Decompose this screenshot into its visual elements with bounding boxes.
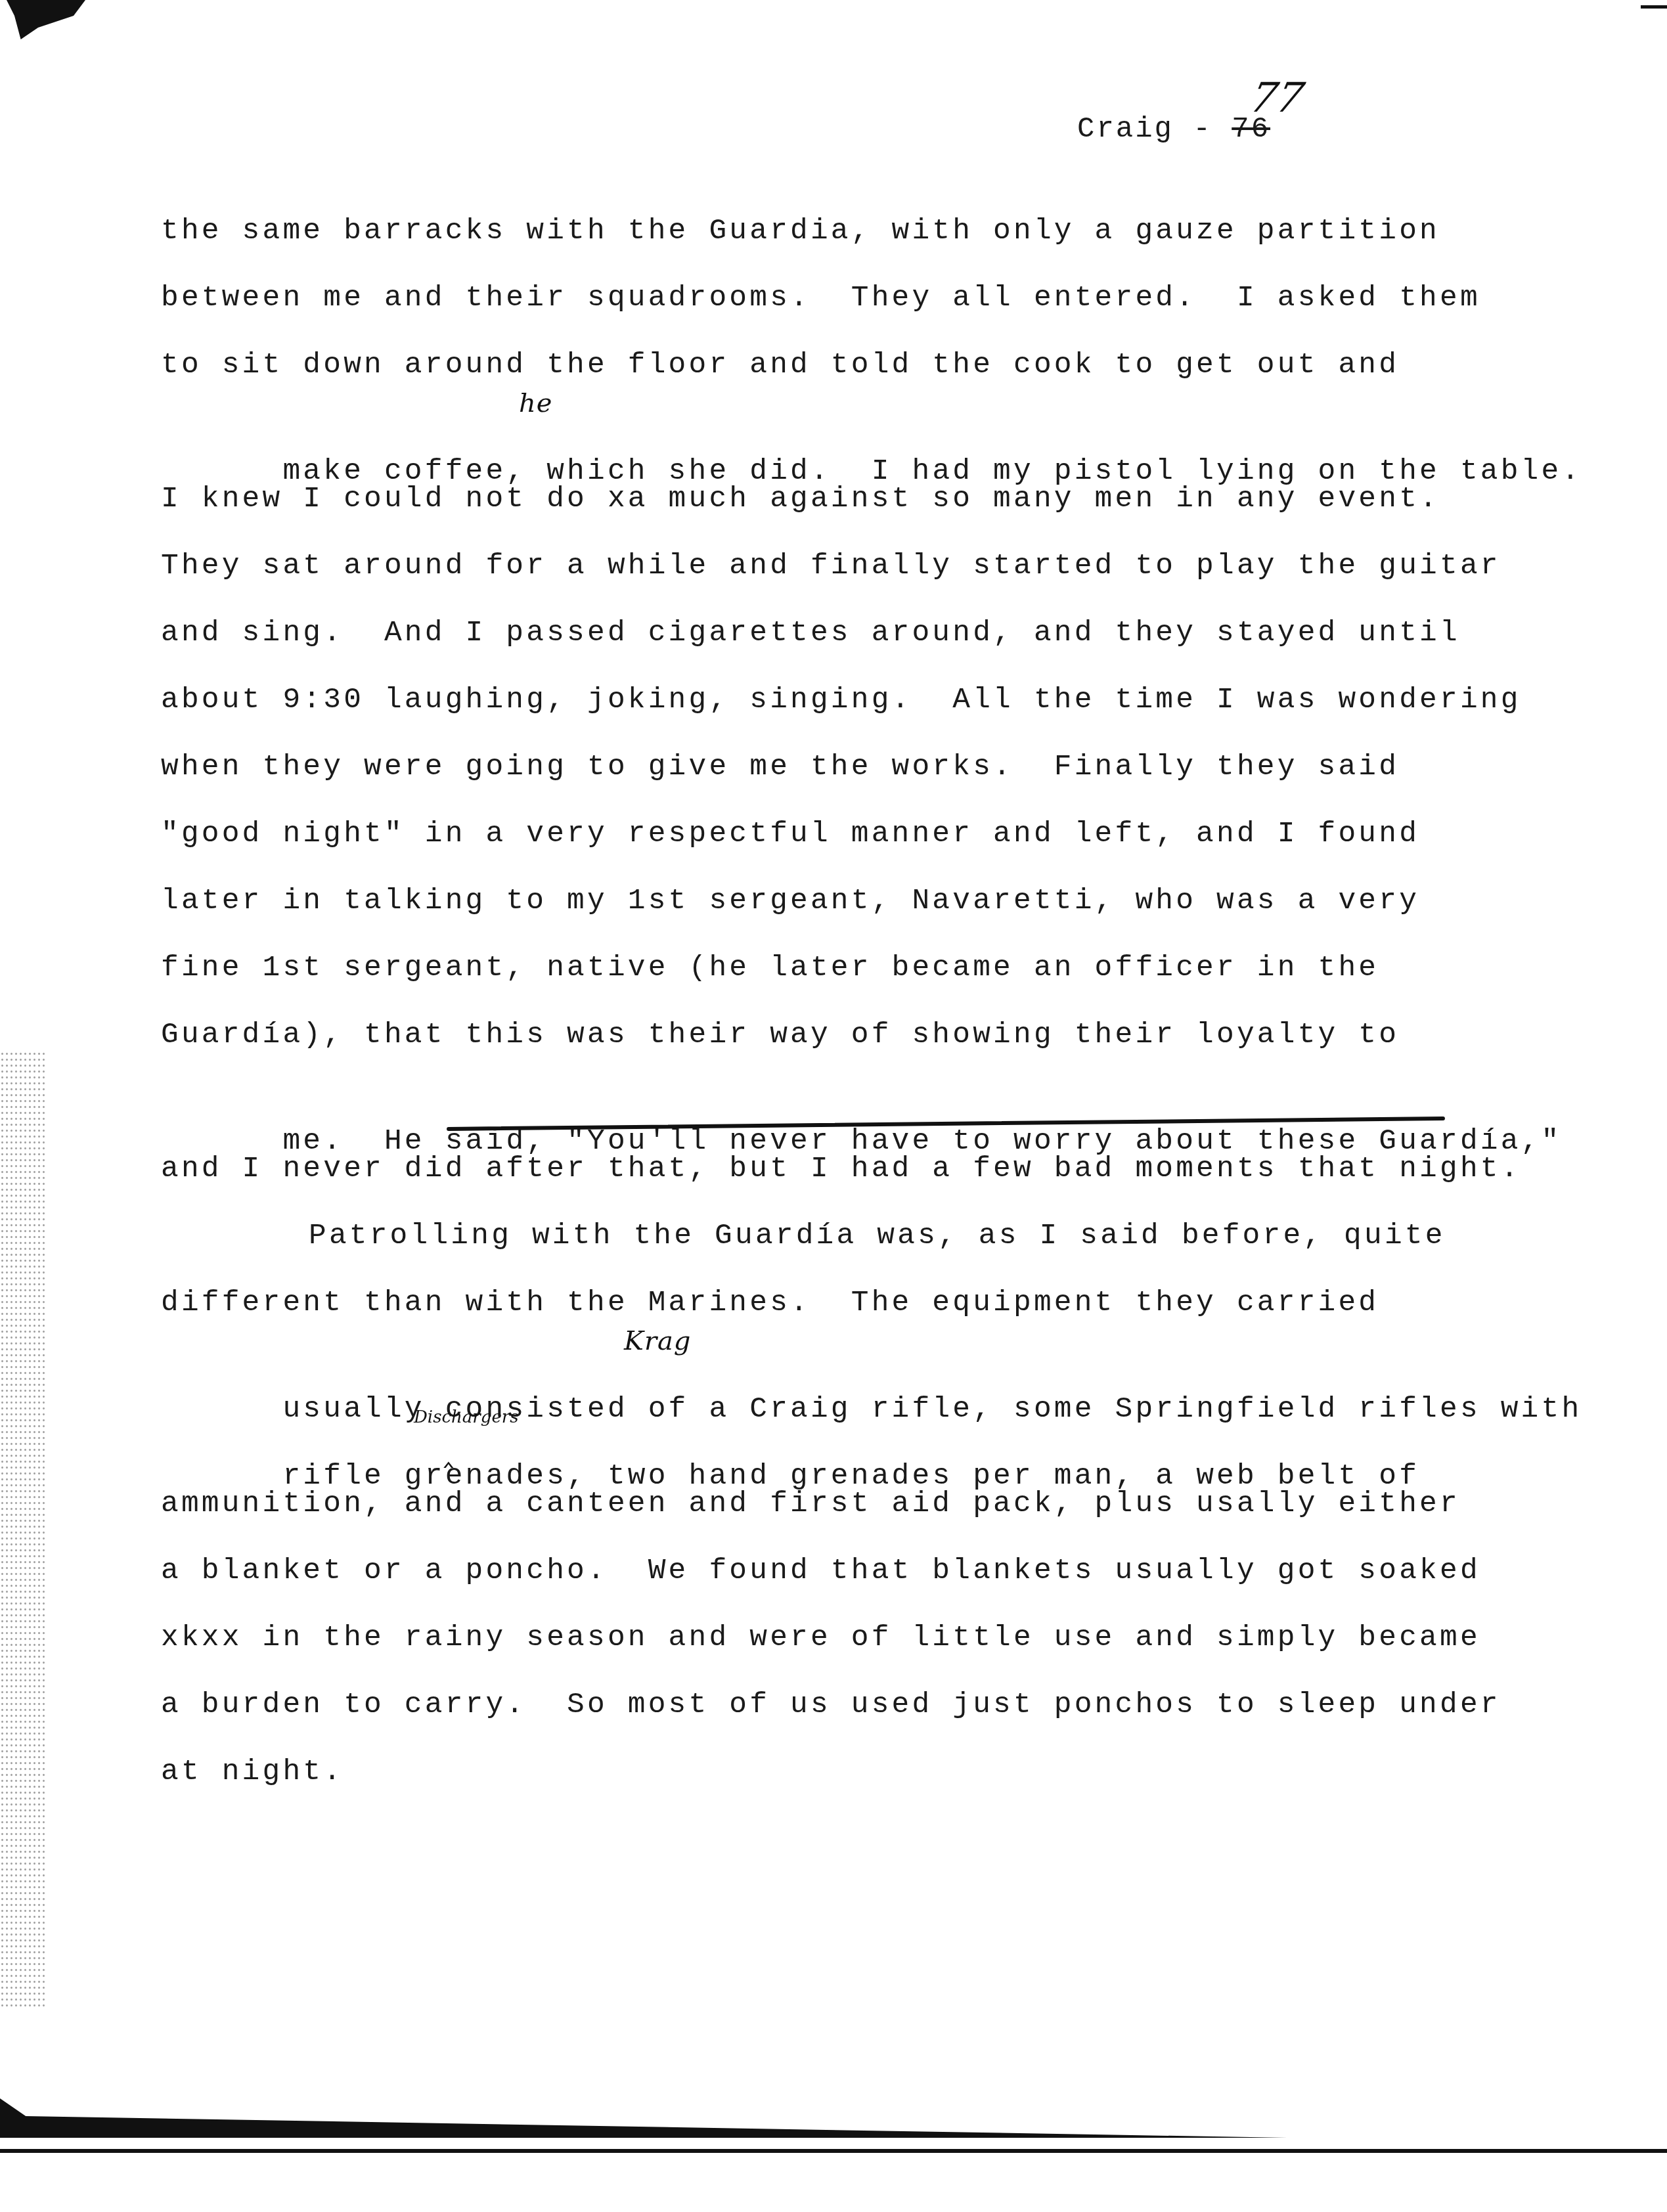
- text-line: "good night" in a very respectful manner…: [161, 814, 1573, 881]
- text-line: a blanket or a poncho. We found that bla…: [161, 1551, 1573, 1618]
- text-line: ammunition, and a canteen and first aid …: [161, 1484, 1573, 1551]
- handwritten-insertion-krag: Krag: [624, 1321, 691, 1361]
- text-line: rifle grenades, two hand grenades per ma…: [161, 1417, 1573, 1484]
- page-header: Craig - 76: [1077, 113, 1270, 146]
- scan-mark: [1641, 5, 1667, 9]
- text-line-paragraph-start: Patrolling with the Guardía was, as I sa…: [161, 1216, 1573, 1283]
- handwritten-insertion-dischargers: Dischargers: [414, 1398, 519, 1437]
- text-line: xkxx in the rainy season and were of lit…: [161, 1618, 1573, 1685]
- text-line: make coffee, which she did. I had my pis…: [161, 412, 1573, 479]
- text-line: fine 1st sergeant, native (he later beca…: [161, 948, 1573, 1015]
- insertion-caret-icon: ‸: [443, 1430, 456, 1470]
- text-line: They sat around for a while and finally …: [161, 546, 1573, 613]
- text-line: a burden to carry. So most of us used ju…: [161, 1685, 1573, 1752]
- scan-bottom-shadow: [0, 2098, 1287, 2138]
- text-line: I knew I could not do xa much against so…: [161, 479, 1573, 546]
- header-label: Craig -: [1077, 113, 1232, 146]
- text-line: later in talking to my 1st sergeant, Nav…: [161, 881, 1573, 948]
- document-body: the same barracks with the Guardia, with…: [161, 211, 1573, 1819]
- text-line: the same barracks with the Guardia, with…: [161, 211, 1573, 278]
- handwritten-insertion-he: he: [519, 384, 552, 423]
- scan-bottom-edge: [0, 2149, 1667, 2153]
- scan-edge-noise: [0, 1051, 46, 2010]
- text-line: between me and their squadrooms. They al…: [161, 278, 1573, 345]
- text-line: different than with the Marines. The equ…: [161, 1283, 1573, 1350]
- text-line: to sit down around the floor and told th…: [161, 345, 1573, 412]
- scan-blot: [7, 0, 85, 39]
- text-line: me. He said, "You'll never have to worry…: [161, 1082, 1573, 1149]
- text-line: about 9:30 laughing, joking, singing. Al…: [161, 680, 1573, 747]
- text-line: when they were going to give me the work…: [161, 747, 1573, 814]
- document-page: 77 Craig - 76 the same barracks with the…: [0, 0, 1667, 2212]
- text-line: usually consisted of a Craig rifle, some…: [161, 1350, 1573, 1417]
- text-line: and sing. And I passed cigarettes around…: [161, 613, 1573, 680]
- struck-page-number: 76: [1232, 113, 1270, 146]
- text-line: Guardía), that this was their way of sho…: [161, 1015, 1573, 1082]
- text-line: and I never did after that, but I had a …: [161, 1149, 1573, 1216]
- text-line: at night.: [161, 1752, 1573, 1819]
